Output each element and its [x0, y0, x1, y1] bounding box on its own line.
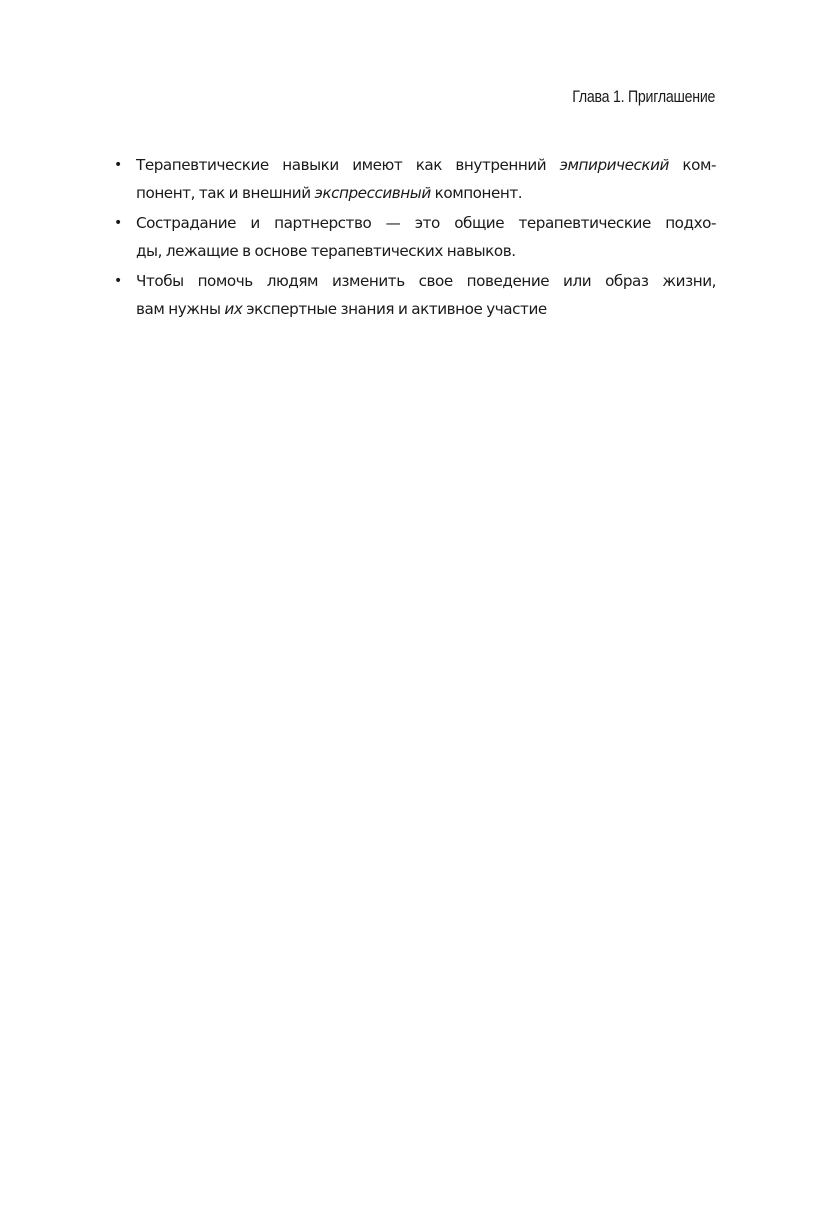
bullet-item: • Сострадание и партнерство — это общие … [112, 209, 716, 265]
italic-term: их [224, 300, 242, 318]
bullet-icon: • [114, 267, 122, 295]
bullet-icon: • [114, 151, 122, 179]
text-line: ды, лежащие в основе терапевтических нав… [136, 237, 716, 265]
text-line: Чтобы помочь людям изменить свое поведен… [136, 267, 716, 295]
italic-term: экспрессивный [315, 184, 431, 202]
text-line: понент, так и внешний экспрессивный комп… [136, 179, 716, 207]
bullet-item: • Терапевтические навыки имеют как внутр… [112, 151, 716, 207]
bullet-item: • Чтобы помочь людям изменить свое повед… [112, 267, 716, 323]
text-line: Терапевтические навыки имеют как внутрен… [136, 151, 716, 179]
text-line: Сострадание и партнерство — это общие те… [136, 209, 716, 237]
bullet-icon: • [114, 209, 122, 237]
bullet-list: • Терапевтические навыки имеют как внутр… [112, 151, 716, 325]
text-line: вам нужны их экспертные знания и активно… [136, 295, 716, 323]
running-header: Глава 1. Приглашение [572, 88, 715, 107]
italic-term: эмпирический [560, 156, 669, 174]
